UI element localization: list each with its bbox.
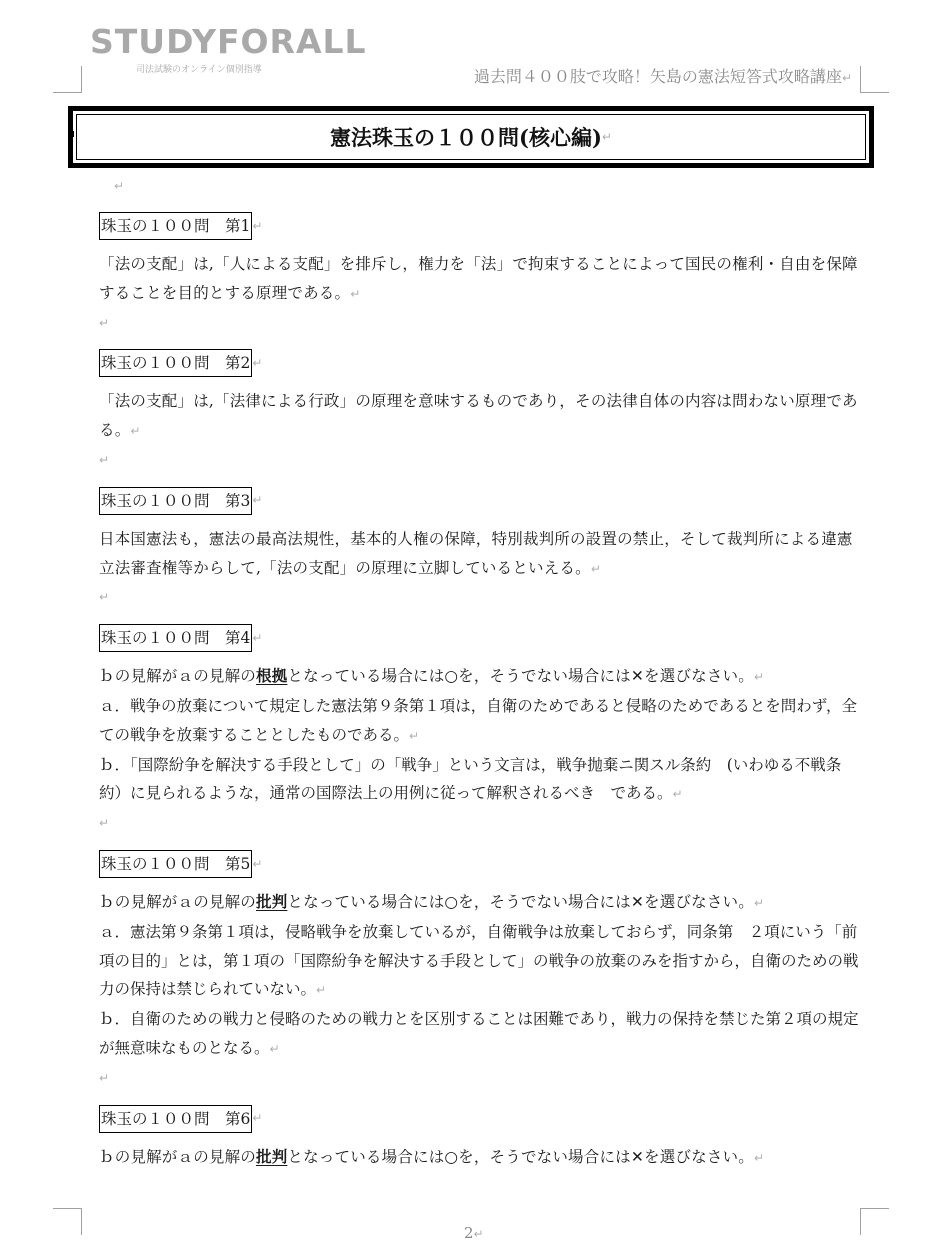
paragraph-mark-icon: ↵ [252,349,262,378]
question-label: 珠玉の１００問 第4 [99,624,252,652]
question-heading: 珠玉の１００問 第6↵ [99,1103,859,1135]
paragraph-mark-icon: ↵ [591,562,601,576]
cross-mark-icon: ✕ [631,893,644,911]
paragraph-mark-icon: ↵ [350,287,360,301]
empty-paragraph: ↵ [99,446,859,475]
paragraph-mark-icon: ↵ [673,787,683,801]
view-b: ｂ．自衛のための戦力と侵略のための戦力とを区別することは困難であり，戦力の保持を… [99,1005,859,1064]
question-label: 珠玉の１００問 第5 [99,850,252,878]
view-b: ｂ．「国際紛争を解決する手段として」の「戦争」という文言は，戦争抛棄ニ関スル条約… [99,751,859,810]
empty-paragraph: ↵ [99,583,859,612]
view-a: ａ．戦争の放棄について規定した憲法第９条第１項は，自衛のためであると侵略のためで… [99,692,859,751]
question-label: 珠玉の１００問 第3 [99,487,252,515]
paragraph-mark-icon: ↵ [252,1104,262,1133]
question-label: 珠玉の１００問 第6 [99,1105,252,1133]
question-heading: 珠玉の１００問 第1↵ [99,210,859,242]
course-title-header: 過去問４００肢で攻略！矢島の憲法短答式攻略講座↵ [474,64,852,87]
paragraph-mark-icon: ↵ [474,1227,484,1241]
cross-mark-icon: ✕ [631,667,644,685]
question-instruction: ｂの見解がａの見解の根拠となっている場合には○を，そうでない場合には✕を選びなさ… [99,662,859,692]
paragraph-mark-icon: ↵ [754,1151,764,1165]
empty-paragraph: ↵ [99,809,859,838]
page-number: 2↵ [464,1224,484,1242]
keyword-emphasis: 批判 [256,1147,287,1166]
paragraph-mark-icon: ↵ [130,424,140,438]
logo-text: STUDYFORALL [90,24,367,60]
keyword-emphasis: 根拠 [256,666,287,685]
question-heading: 珠玉の１００問 第3↵ [99,485,859,517]
empty-paragraph: ↵ [99,309,859,338]
question-heading: 珠玉の１００問 第2↵ [99,347,859,379]
paragraph-mark-icon: ↵ [252,212,262,241]
margin-corner-mark [860,1208,889,1235]
paragraph-mark-icon: ↵ [270,1042,280,1056]
paragraph-mark-icon: ↵ [316,983,326,997]
margin-corner-mark [53,66,82,93]
question-heading: 珠玉の１００問 第5↵ [99,848,859,880]
paragraph-mark-icon: ↵ [754,896,764,910]
paragraph-mark-icon: ↵ [842,71,852,85]
margin-corner-mark [53,1208,82,1235]
margin-corner-mark [860,66,889,93]
view-a: ａ．憲法第９条第１項は，侵略戦争を放棄しているが，自衛戦争は放棄しておらず，同条… [99,918,859,1005]
document-body: ↵ 珠玉の１００問 第1↵ 「法の支配」は,「人による支配」を排斥し，権力を「法… [99,172,859,1172]
question-instruction: ｂの見解がａの見解の批判となっている場合には○を，そうでない場合には✕を選びなさ… [99,888,859,918]
question-heading: 珠玉の１００問 第4↵ [99,622,859,654]
question-statement: 日本国憲法も，憲法の最高法規性，基本的人権の保障，特別裁判所の設置の禁止，そして… [99,525,859,584]
logo-subtitle: 司法試験のオンライン個別指導 [136,62,367,75]
question-statement: 「法の支配」は,「人による支配」を排斥し，権力を「法」で拘束することによって国民… [99,250,859,309]
document-title: 憲法珠玉の１００問(核心編) [330,122,602,152]
document-title-box: 憲法珠玉の１００問(核心編)↵ [68,106,874,168]
paragraph-mark-icon: ↵ [409,729,419,743]
paragraph-mark-icon: ↵ [602,130,612,144]
paragraph-mark-icon: ↵ [252,850,262,879]
keyword-emphasis: 批判 [256,892,287,911]
empty-paragraph: ↵ [99,1064,859,1093]
paragraph-mark-icon: ↵ [252,624,262,653]
paragraph-mark-icon: ↵ [754,670,764,684]
question-instruction: ｂの見解がａの見解の批判となっている場合には○を，そうでない場合には✕を選びなさ… [99,1143,859,1173]
paragraph-mark-icon: ↵ [252,486,262,515]
empty-paragraph: ↵ [99,172,859,200]
question-label: 珠玉の１００問 第2 [99,349,252,377]
studyforall-logo: STUDYFORALL 司法試験のオンライン個別指導 [90,24,367,75]
cross-mark-icon: ✕ [631,1148,644,1166]
question-label: 珠玉の１００問 第1 [99,212,252,240]
question-statement: 「法の支配」は,「法律による行政」の原理を意味するものであり，その法律自体の内容… [99,387,859,446]
